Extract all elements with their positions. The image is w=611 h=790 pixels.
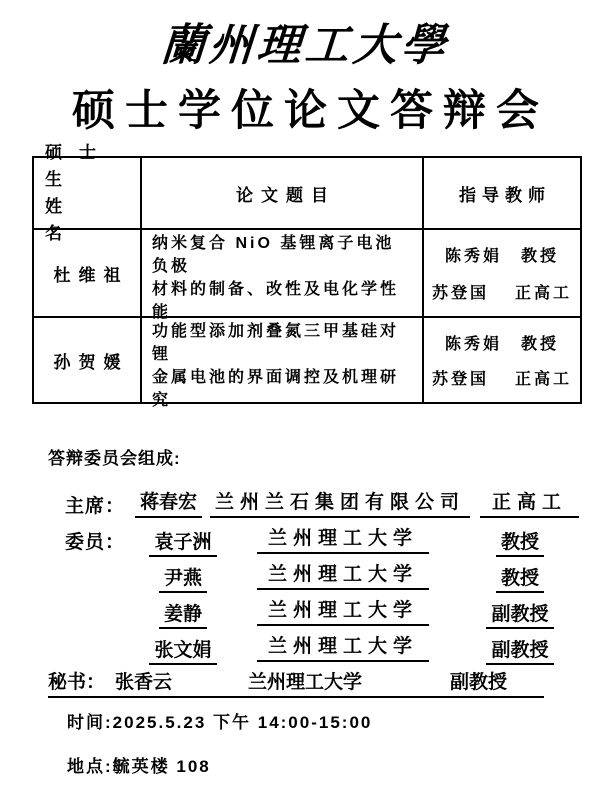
member-name: 姜静 bbox=[159, 604, 207, 629]
defense-time: 时间:2025.5.23 下午 14:00-15:00 bbox=[67, 712, 611, 734]
table-header-student-line1: 硕 士 生 bbox=[45, 139, 129, 193]
committee-heading: 答辩委员会组成: bbox=[48, 448, 611, 470]
table-header-thesis: 论文题目 bbox=[142, 158, 424, 230]
member-title-box: 副教授 bbox=[467, 640, 573, 662]
chair-affiliation: 兰州兰石集团有限公司 bbox=[210, 492, 470, 518]
advisor-secondary-name: 苏登国 bbox=[432, 280, 489, 303]
advisor-secondary: 苏登国 正高工 bbox=[432, 280, 572, 303]
member-title-box: 教授 bbox=[467, 532, 573, 554]
committee-chair-row: 主席： 蒋春宏 兰州兰石集团有限公司 正高工 bbox=[65, 492, 611, 518]
page-title: 硕士学位论文答辩会 bbox=[0, 86, 611, 138]
defense-location: 地点:毓英楼 108 bbox=[67, 756, 611, 778]
secretary-title: 副教授 bbox=[450, 672, 507, 694]
advisor-secondary-title: 正高工 bbox=[515, 280, 572, 303]
table-row-student-name: 孙贺媛 bbox=[34, 318, 142, 402]
member-title-box: 副教授 bbox=[467, 604, 573, 626]
member-name: 袁子洲 bbox=[149, 532, 216, 557]
committee-member-row: 委员： 袁子洲 兰州理工大学 教授 bbox=[65, 528, 611, 554]
member-affiliation: 兰州理工大学 bbox=[257, 600, 429, 626]
member-title: 教授 bbox=[496, 532, 544, 557]
secretary-label: 秘书： bbox=[48, 672, 105, 694]
thesis-title-line1: 功能型添加剂叠氮三甲基硅对锂 bbox=[152, 318, 412, 364]
defense-table: 硕 士 生 姓 名 论文题目 指导教师 杜维祖 纳米复合 NiO 基锂离子电池负… bbox=[32, 156, 582, 404]
secretary-affiliation: 兰州理工大学 bbox=[248, 672, 362, 694]
defense-announcement-page: 蘭州理工大學 硕士学位论文答辩会 硕 士 生 姓 名 论文题目 指导教师 杜维祖… bbox=[0, 0, 611, 790]
advisor-secondary: 苏登国 正高工 bbox=[432, 366, 572, 389]
table-row-thesis-title: 纳米复合 NiO 基锂离子电池负极 材料的制备、改性及电化学性能 bbox=[142, 230, 424, 318]
member-affiliation: 兰州理工大学 bbox=[257, 564, 429, 590]
thesis-title-line2: 材料的制备、改性及电化学性能 bbox=[152, 276, 412, 322]
table-header-advisor: 指导教师 bbox=[424, 158, 580, 230]
member-name: 张文娟 bbox=[149, 640, 216, 665]
member-title-box: 教授 bbox=[467, 568, 573, 590]
advisor-secondary-title: 正高工 bbox=[515, 366, 572, 389]
thesis-title-line1: 纳米复合 NiO 基锂离子电池负极 bbox=[152, 230, 412, 276]
member-affiliation: 兰州理工大学 bbox=[257, 528, 429, 554]
table-row-thesis-title: 功能型添加剂叠氮三甲基硅对锂 金属电池的界面调控及机理研究 bbox=[142, 318, 424, 402]
member-name-box: 尹燕 bbox=[135, 568, 231, 590]
member-name-box: 袁子洲 bbox=[135, 532, 231, 554]
chair-title: 正高工 bbox=[480, 492, 579, 518]
member-name-box: 姜静 bbox=[135, 604, 231, 626]
committee-member-row: 张文娟 兰州理工大学 副教授 bbox=[65, 636, 611, 662]
committee-member-row: 姜静 兰州理工大学 副教授 bbox=[65, 600, 611, 626]
table-header-student: 硕 士 生 姓 名 bbox=[34, 158, 142, 230]
members-label: 委员： bbox=[65, 532, 135, 554]
advisor-primary: 陈秀娟 教授 bbox=[432, 243, 572, 266]
member-title: 副教授 bbox=[486, 604, 553, 629]
committee-member-row: 尹燕 兰州理工大学 教授 bbox=[65, 564, 611, 590]
table-row-advisors: 陈秀娟 教授 苏登国 正高工 bbox=[424, 230, 580, 318]
member-title: 教授 bbox=[496, 568, 544, 593]
member-affiliation: 兰州理工大学 bbox=[257, 636, 429, 662]
advisor-primary: 陈秀娟 教授 bbox=[432, 331, 572, 354]
member-name-box: 张文娟 bbox=[135, 640, 231, 662]
table-row-advisors: 陈秀娟 教授 苏登国 正高工 bbox=[424, 318, 580, 402]
advisor-secondary-name: 苏登国 bbox=[432, 366, 489, 389]
chair-name: 蒋春宏 bbox=[135, 492, 202, 518]
member-title: 副教授 bbox=[486, 640, 553, 665]
member-name: 尹燕 bbox=[159, 568, 207, 593]
secretary-name: 张香云 bbox=[115, 672, 172, 694]
thesis-title-line2: 金属电池的界面调控及机理研究 bbox=[152, 364, 412, 410]
chair-label: 主席： bbox=[65, 496, 135, 518]
committee-secretary-row: 秘书： 张香云 兰州理工大学 副教授 bbox=[48, 672, 544, 698]
table-row-student-name: 杜维祖 bbox=[34, 230, 142, 318]
university-logo-calligraphy: 蘭州理工大學 bbox=[0, 0, 611, 78]
